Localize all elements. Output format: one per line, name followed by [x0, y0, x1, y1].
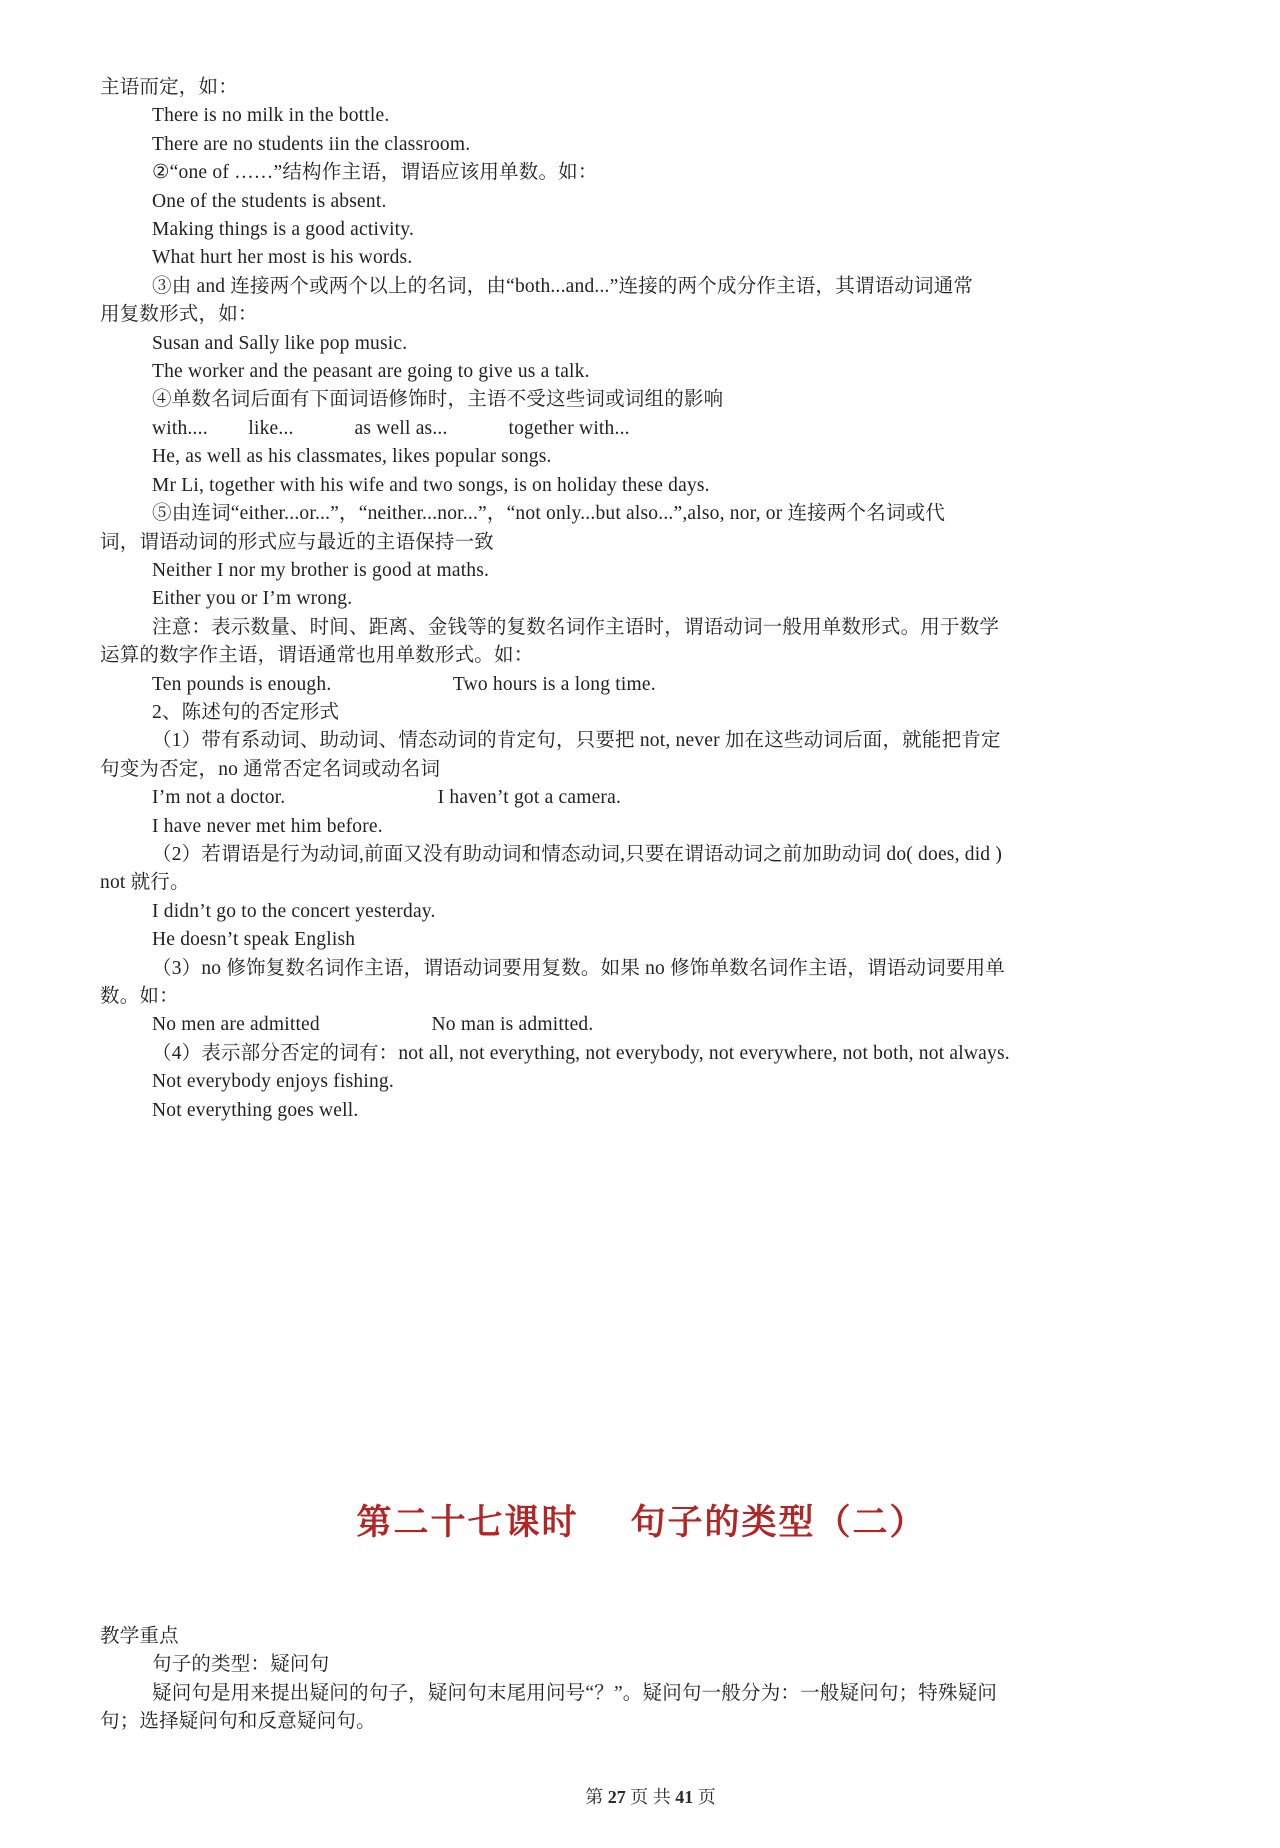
- text-line: There are no students iin the classroom.: [100, 131, 1183, 159]
- text-line: Either you or I’m wrong.: [100, 585, 1183, 613]
- text-line: What hurt her most is his words.: [100, 244, 1183, 272]
- text-line: Not everybody enjoys fishing.: [100, 1068, 1183, 1096]
- document-page: 主语而定，如：There is no milk in the bottle.Th…: [0, 0, 1280, 1848]
- footer-label-front: 第: [585, 1787, 608, 1807]
- text-line: （2）若谓语是行为动词,前面又没有助动词和情态动词,只要在谓语动词之前加助动词 …: [100, 841, 1183, 869]
- text-line: Neither I nor my brother is good at math…: [100, 557, 1183, 585]
- text-line: 教学重点: [100, 1623, 1183, 1651]
- footer-label-end: 页: [693, 1787, 716, 1807]
- text-line: 疑问句是用来提出疑问的句子，疑问句末尾用问号“？”。疑问句一般分为：一般疑问句；…: [100, 1680, 1183, 1708]
- chapter-heading-lesson: 第二十七课时: [356, 1497, 578, 1549]
- text-line: （4）表示部分否定的词有：not all, not everything, no…: [100, 1040, 1183, 1068]
- text-line: ②“one of ……”结构作主语，谓语应该用单数。如：: [100, 159, 1183, 187]
- text-line: There is no milk in the bottle.: [100, 102, 1183, 130]
- text-line: 句变为否定，no 通常否定名词或动名词: [100, 756, 1183, 784]
- text-line: 注意：表示数量、时间、距离、金钱等的复数名词作主语时，谓语动词一般用单数形式。用…: [100, 614, 1183, 642]
- text-line: Not everything goes well.: [100, 1097, 1183, 1125]
- body-text-block: 主语而定，如：There is no milk in the bottle.Th…: [100, 74, 1183, 1125]
- text-line: 主语而定，如：: [100, 74, 1183, 102]
- footer-page-number: 27: [608, 1787, 626, 1807]
- text-line: 运算的数字作主语，谓语通常也用单数形式。如：: [100, 642, 1183, 670]
- text-line: One of the students is absent.: [100, 188, 1183, 216]
- text-line: He doesn’t speak English: [100, 926, 1183, 954]
- text-line: 数。如：: [100, 983, 1183, 1011]
- text-line: No men are admitted No man is admitted.: [100, 1011, 1183, 1039]
- text-line: （3）no 修饰复数名词作主语，谓语动词要用复数。如果 no 修饰单数名词作主语…: [100, 955, 1183, 983]
- text-line: ③由 and 连接两个或两个以上的名词，由“both...and...”连接的两…: [100, 273, 1183, 301]
- text-line: I’m not a doctor. I haven’t got a camera…: [100, 784, 1183, 812]
- text-line: Susan and Sally like pop music.: [100, 330, 1183, 358]
- text-line: 2、陈述句的否定形式: [100, 699, 1183, 727]
- text-line: 用复数形式，如：: [100, 301, 1183, 329]
- text-line: ⑤由连词“either...or...”，“neither...nor...”，…: [100, 500, 1183, 528]
- text-line: He, as well as his classmates, likes pop…: [100, 443, 1183, 471]
- text-line: Making things is a good activity.: [100, 216, 1183, 244]
- page-footer: 第 27 页 共 41 页: [100, 1761, 1183, 1833]
- text-line: 词，谓语动词的形式应与最近的主语保持一致: [100, 529, 1183, 557]
- chapter-heading: 第二十七课时 句子的类型（二）: [100, 1497, 1183, 1549]
- text-line: （1）带有系动词、助动词、情态动词的肯定句，只要把 not, never 加在这…: [100, 727, 1183, 755]
- footer-total-pages: 41: [675, 1787, 693, 1807]
- text-line: 句；选择疑问句和反意疑问句。: [100, 1708, 1183, 1736]
- text-line: with.... like... as well as... together …: [100, 415, 1183, 443]
- text-line: Mr Li, together with his wife and two so…: [100, 472, 1183, 500]
- text-line: I have never met him before.: [100, 813, 1183, 841]
- text-line: ④单数名词后面有下面词语修饰时，主语不受这些词或词组的影响: [100, 386, 1183, 414]
- text-line: I didn’t go to the concert yesterday.: [100, 898, 1183, 926]
- text-line: 句子的类型：疑问句: [100, 1651, 1183, 1679]
- chapter-heading-topic: 句子的类型（二）: [631, 1497, 927, 1549]
- text-line: Ten pounds is enough. Two hours is a lon…: [100, 671, 1183, 699]
- lesson-focus-block: 教学重点句子的类型：疑问句疑问句是用来提出疑问的句子，疑问句末尾用问号“？”。疑…: [100, 1623, 1183, 1737]
- footer-label-mid: 页 共: [626, 1787, 676, 1807]
- text-line: The worker and the peasant are going to …: [100, 358, 1183, 386]
- text-line: not 就行。: [100, 869, 1183, 897]
